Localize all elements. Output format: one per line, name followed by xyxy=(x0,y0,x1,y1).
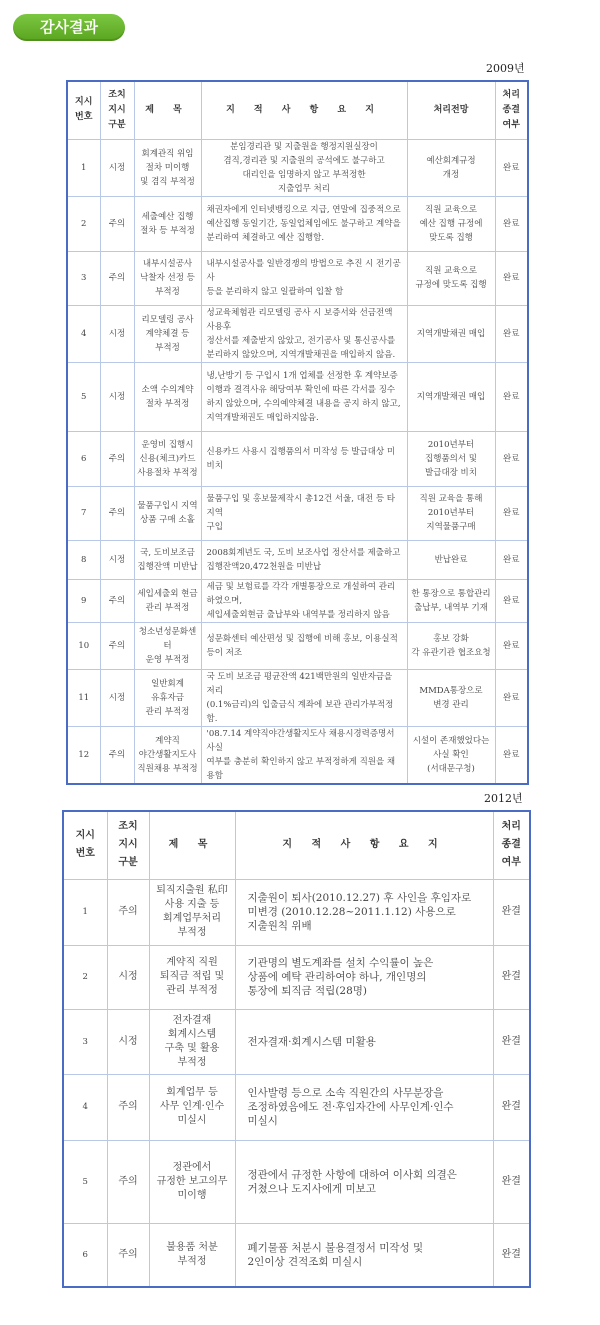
table-row: 5주의정관에서규정한 보고의무미이행정관에서 규정한 사항에 대하여 이사회 의… xyxy=(63,1140,530,1223)
cell-summary: 성교육체험관 리모델링 공사 시 보증서와 선금전액 사용후정산서를 제출받지 … xyxy=(201,305,407,362)
cell-summary: 국 도비 보조금 평균잔액 421백만원의 일반자금을 저리(0.1%금리)의 … xyxy=(201,669,407,726)
cell-type: 주의 xyxy=(100,431,134,486)
table-header-row: 지시 번호 조치 지시 구분 제 목 지 적 사 항 요 지 처리전망 처리 종… xyxy=(67,81,528,139)
col-header-summary: 지 적 사 항 요 지 xyxy=(201,81,407,139)
cell-type: 시정 xyxy=(107,1009,149,1074)
cell-title: 불용품 처분부적정 xyxy=(149,1223,235,1287)
cell-done-status: 완결 xyxy=(493,1009,530,1074)
section-badge-audit-results: 감사결과 xyxy=(13,14,125,41)
cell-title: 청소년성문화센터운영 부적정 xyxy=(134,622,201,669)
cell-done-status: 완결 xyxy=(493,945,530,1009)
cell-type: 시정 xyxy=(100,305,134,362)
cell-number: 9 xyxy=(67,579,100,622)
cell-done-status: 완료 xyxy=(495,362,528,431)
cell-title: 내부시설공사낙찰자 선정 등부적정 xyxy=(134,251,201,305)
cell-summary: 세금 및 보험료를 각각 개별통장으로 개설하여 관리하였으며,세입세출외현금 … xyxy=(201,579,407,622)
cell-type: 주의 xyxy=(100,726,134,784)
cell-summary: 성문화센터 예산편성 및 집행에 비해 홍보, 이용실적등이 저조 xyxy=(201,622,407,669)
cell-summary: 전자결재·회계시스템 미활용 xyxy=(235,1009,493,1074)
cell-summary: '08.7.14 계약직야간생활지도사 채용시경력증명서 사실여부를 충분히 확… xyxy=(201,726,407,784)
cell-number: 3 xyxy=(67,251,100,305)
cell-outlook: 반납완료 xyxy=(407,540,495,579)
cell-done-status: 완료 xyxy=(495,139,528,196)
cell-done-status: 완료 xyxy=(495,622,528,669)
cell-type: 시정 xyxy=(100,540,134,579)
cell-type: 주의 xyxy=(100,579,134,622)
cell-number: 2 xyxy=(63,945,107,1009)
cell-title: 계약직야간생활지도사직원채용 부적정 xyxy=(134,726,201,784)
cell-done-status: 완료 xyxy=(495,726,528,784)
cell-summary: 물품구입 및 홍보물제작시 총12건 서울, 대전 등 타지역구입 xyxy=(201,486,407,540)
cell-outlook: 시설이 존재했었다는사실 확인(서대문구청) xyxy=(407,726,495,784)
cell-type: 시정 xyxy=(100,669,134,726)
col-header-title: 제 목 xyxy=(134,81,201,139)
cell-title: 일반회계유휴자금관리 부적정 xyxy=(134,669,201,726)
cell-done-status: 완결 xyxy=(493,1140,530,1223)
cell-summary: 내부시설공사를 일반경쟁의 방법으로 추진 시 전기공사등을 분리하지 않고 일… xyxy=(201,251,407,305)
cell-summary: 2008회계년도 국, 도비 보조사업 정산서를 제출하고집행잔액20,472천… xyxy=(201,540,407,579)
cell-number: 2 xyxy=(67,196,100,251)
table-row: 1주의퇴직지출원 私印사용 지출 등회계업무처리부적정지출원이 퇴사(2010.… xyxy=(63,879,530,945)
col-header-type: 조치 지시 구분 xyxy=(100,81,134,139)
cell-type: 주의 xyxy=(100,622,134,669)
cell-title: 국, 도비보조금집행잔액 미반납 xyxy=(134,540,201,579)
cell-outlook: 직원 교육으로규정에 맞도록 집행 xyxy=(407,251,495,305)
cell-type: 시정 xyxy=(100,362,134,431)
cell-title: 계약직 직원퇴직금 적립 및관리 부적정 xyxy=(149,945,235,1009)
cell-type: 주의 xyxy=(100,251,134,305)
cell-type: 주의 xyxy=(107,1223,149,1287)
cell-number: 4 xyxy=(67,305,100,362)
table-row: 3시정전자결재회계시스템구축 및 활용부적정전자결재·회계시스템 미활용완결 xyxy=(63,1009,530,1074)
cell-title: 정관에서규정한 보고의무미이행 xyxy=(149,1140,235,1223)
cell-number: 5 xyxy=(63,1140,107,1223)
table-row: 3주의내부시설공사낙찰자 선정 등부적정내부시설공사를 일반경쟁의 방법으로 추… xyxy=(67,251,528,305)
cell-outlook: 지역개발채권 매입 xyxy=(407,362,495,431)
cell-done-status: 완료 xyxy=(495,540,528,579)
col-header-outlook: 처리전망 xyxy=(407,81,495,139)
cell-number: 12 xyxy=(67,726,100,784)
cell-number: 4 xyxy=(63,1074,107,1140)
cell-title: 전자결재회계시스템구축 및 활용부적정 xyxy=(149,1009,235,1074)
table-row: 1시정회계관직 위임절차 미이행및 겸직 부적정분임경리관 및 지출원을 행정지… xyxy=(67,139,528,196)
table-header-row: 지시 번호 조치 지시 구분 제 목 지 적 사 항 요 지 처리 종결 여부 xyxy=(63,811,530,879)
table-row: 12주의계약직야간생활지도사직원채용 부적정'08.7.14 계약직야간생활지도… xyxy=(67,726,528,784)
cell-title: 물품구입시 지역상품 구매 소홀 xyxy=(134,486,201,540)
cell-number: 7 xyxy=(67,486,100,540)
table-row: 4시정리모델링 공사계약체결 등부적정성교육체험관 리모델링 공사 시 보증서와… xyxy=(67,305,528,362)
table-row: 5시정소액 수의계약절차 부적정냉,난방기 등 구입시 1개 업체를 선정한 후… xyxy=(67,362,528,431)
col-header-title: 제 목 xyxy=(149,811,235,879)
cell-number: 3 xyxy=(63,1009,107,1074)
cell-title: 리모델링 공사계약체결 등부적정 xyxy=(134,305,201,362)
cell-done-status: 완료 xyxy=(495,579,528,622)
cell-number: 11 xyxy=(67,669,100,726)
col-header-summary: 지 적 사 항 요 지 xyxy=(235,811,493,879)
table-row: 6주의운영비 집행시신용(체크)카드사용절차 부적정신용카드 사용시 집행품의서… xyxy=(67,431,528,486)
cell-title: 회계관직 위임절차 미이행및 겸직 부적정 xyxy=(134,139,201,196)
col-header-number: 지시 번호 xyxy=(63,811,107,879)
cell-done-status: 완료 xyxy=(495,251,528,305)
audit-table-2009: 지시 번호 조치 지시 구분 제 목 지 적 사 항 요 지 처리전망 처리 종… xyxy=(66,80,529,785)
year-label-2009: 2009년 xyxy=(486,60,525,76)
audit-table-2012: 지시 번호 조치 지시 구분 제 목 지 적 사 항 요 지 처리 종결 여부 … xyxy=(62,810,531,1288)
cell-title: 소액 수의계약절차 부적정 xyxy=(134,362,201,431)
cell-number: 5 xyxy=(67,362,100,431)
col-header-done: 처리 종결 여부 xyxy=(495,81,528,139)
cell-done-status: 완결 xyxy=(493,1074,530,1140)
cell-done-status: 완료 xyxy=(495,431,528,486)
table-row: 6주의불용품 처분부적정폐기물품 처분시 불용결정서 미작성 및2인이상 견적조… xyxy=(63,1223,530,1287)
cell-summary: 정관에서 규정한 사항에 대하여 이사회 의결은거쳤으나 도지사에게 미보고 xyxy=(235,1140,493,1223)
table-row: 10주의청소년성문화센터운영 부적정성문화센터 예산편성 및 집행에 비해 홍보… xyxy=(67,622,528,669)
cell-type: 주의 xyxy=(107,1074,149,1140)
table-row: 2주의세출예산 집행절차 등 부적정채권자에게 인터넷뱅킹으로 지급, 연말에 … xyxy=(67,196,528,251)
cell-summary: 냉,난방기 등 구입시 1개 업체를 선정한 후 계약보증이행과 결격사유 해당… xyxy=(201,362,407,431)
cell-number: 1 xyxy=(67,139,100,196)
cell-title: 퇴직지출원 私印사용 지출 등회계업무처리부적정 xyxy=(149,879,235,945)
cell-title: 세입세출외 현금관리 부적정 xyxy=(134,579,201,622)
cell-outlook: 직원 교육으로예산 집행 규정에맞도록 집행 xyxy=(407,196,495,251)
cell-number: 1 xyxy=(63,879,107,945)
col-header-done: 처리 종결 여부 xyxy=(493,811,530,879)
cell-outlook: 예산회계규정개정 xyxy=(407,139,495,196)
cell-type: 주의 xyxy=(107,1140,149,1223)
cell-summary: 분임경리관 및 지출원을 행정지원실장이겸직,경리관 및 지출원의 공석에도 불… xyxy=(201,139,407,196)
table-row: 11시정일반회계유휴자금관리 부적정국 도비 보조금 평균잔액 421백만원의 … xyxy=(67,669,528,726)
cell-type: 시정 xyxy=(107,945,149,1009)
year-label-2012: 2012년 xyxy=(484,790,523,806)
cell-done-status: 완결 xyxy=(493,1223,530,1287)
table-row: 9주의세입세출외 현금관리 부적정세금 및 보험료를 각각 개별통장으로 개설하… xyxy=(67,579,528,622)
cell-outlook: MMDA통장으로변경 관리 xyxy=(407,669,495,726)
cell-outlook: 한 통장으로 통합관리출납부, 내역부 기재 xyxy=(407,579,495,622)
cell-number: 6 xyxy=(67,431,100,486)
cell-done-status: 완료 xyxy=(495,196,528,251)
col-header-type: 조치 지시 구분 xyxy=(107,811,149,879)
cell-type: 주의 xyxy=(100,196,134,251)
table-row: 4주의회계업무 등사무 인계·인수미실시인사발령 등으로 소속 직원간의 사무분… xyxy=(63,1074,530,1140)
cell-title: 회계업무 등사무 인계·인수미실시 xyxy=(149,1074,235,1140)
cell-outlook: 2010년부터집행품의서 및발급대장 비치 xyxy=(407,431,495,486)
cell-summary: 신용카드 사용시 집행품의서 미작성 등 발급대상 미비치 xyxy=(201,431,407,486)
cell-outlook: 지역개발채권 매입 xyxy=(407,305,495,362)
table-row: 8시정국, 도비보조금집행잔액 미반납2008회계년도 국, 도비 보조사업 정… xyxy=(67,540,528,579)
cell-done-status: 완료 xyxy=(495,486,528,540)
cell-outlook: 홍보 강화각 유관기관 협조요청 xyxy=(407,622,495,669)
cell-type: 주의 xyxy=(100,486,134,540)
cell-summary: 기관명의 별도계좌를 설치 수익률이 높은상품에 예탁 관리하여야 하나, 개인… xyxy=(235,945,493,1009)
table-row: 7주의물품구입시 지역상품 구매 소홀물품구입 및 홍보물제작시 총12건 서울… xyxy=(67,486,528,540)
cell-number: 8 xyxy=(67,540,100,579)
table-row: 2시정계약직 직원퇴직금 적립 및관리 부적정기관명의 별도계좌를 설치 수익률… xyxy=(63,945,530,1009)
cell-title: 운영비 집행시신용(체크)카드사용절차 부적정 xyxy=(134,431,201,486)
cell-outlook: 직원 교육을 통해2010년부터지역물품구매 xyxy=(407,486,495,540)
cell-summary: 채권자에게 인터넷뱅킹으로 지급, 연말에 집중적으로예산집행 동일기간, 동일… xyxy=(201,196,407,251)
cell-type: 주의 xyxy=(107,879,149,945)
cell-done-status: 완결 xyxy=(493,879,530,945)
cell-summary: 지출원이 퇴사(2010.12.27) 후 사인을 후임자로미변경 (2010.… xyxy=(235,879,493,945)
cell-title: 세출예산 집행절차 등 부적정 xyxy=(134,196,201,251)
cell-summary: 인사발령 등으로 소속 직원간의 사무분장을조정하였음에도 전·후임자간에 사무… xyxy=(235,1074,493,1140)
cell-done-status: 완료 xyxy=(495,669,528,726)
cell-type: 시정 xyxy=(100,139,134,196)
col-header-number: 지시 번호 xyxy=(67,81,100,139)
cell-done-status: 완료 xyxy=(495,305,528,362)
cell-number: 6 xyxy=(63,1223,107,1287)
cell-summary: 폐기물품 처분시 불용결정서 미작성 및2인이상 견적조회 미실시 xyxy=(235,1223,493,1287)
cell-number: 10 xyxy=(67,622,100,669)
